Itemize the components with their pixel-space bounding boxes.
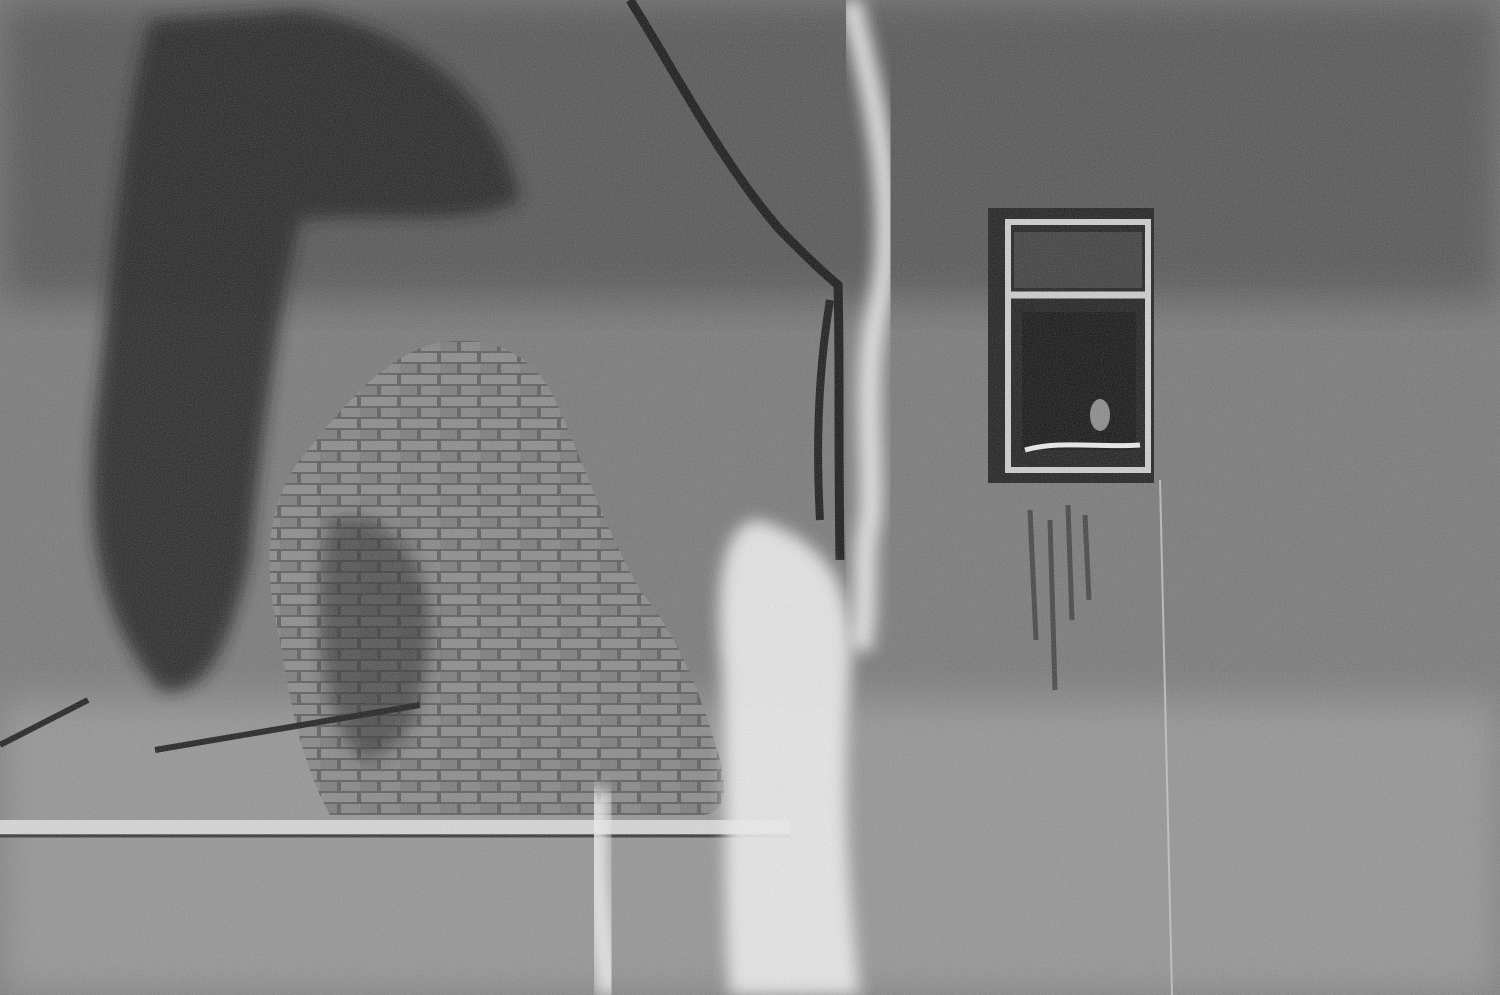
photograph: Black-and-white photograph of a weathere… bbox=[0, 0, 1500, 995]
wall-scene bbox=[0, 0, 1500, 995]
